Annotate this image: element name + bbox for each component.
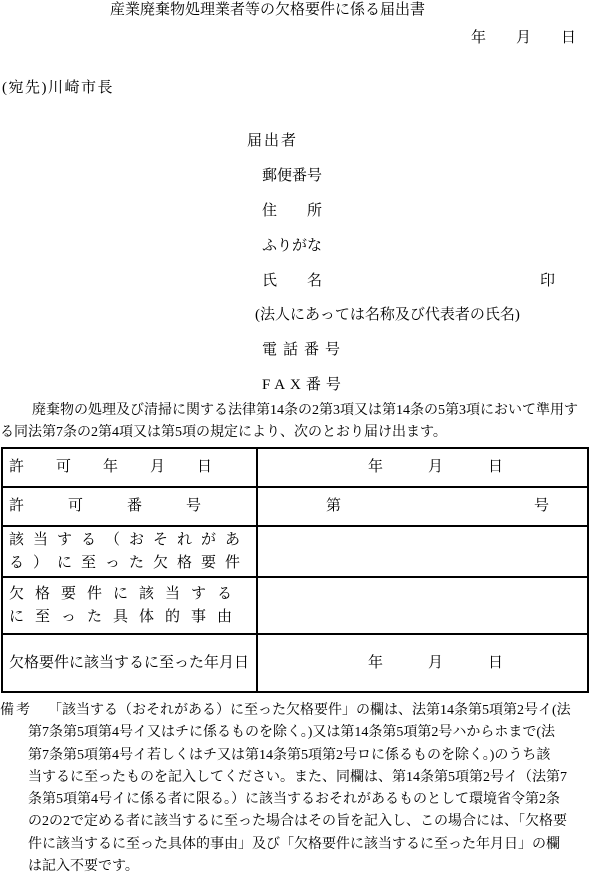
disqualification-date-field[interactable]: 年 月 日	[258, 635, 587, 691]
disqualification-date-label: 欠格要件に該当するに至った年月日	[3, 635, 258, 691]
applicant-heading: 届出者	[247, 133, 298, 150]
postal-code-label: 郵便番号	[262, 168, 322, 185]
specific-reason-field[interactable]	[258, 578, 587, 635]
permit-date-field[interactable]: 年 月 日	[258, 449, 587, 488]
submission-date-blank[interactable]: 年 月 日	[471, 30, 576, 47]
disqualification-item-field[interactable]	[258, 527, 587, 578]
permit-number-prefix: 第	[326, 495, 341, 518]
disqualification-item-label: 該当する（おそれがあ る）に至った欠格要件	[3, 527, 258, 578]
furigana-label: ふりがな	[262, 238, 322, 255]
permit-number-suffix: 号	[534, 495, 549, 518]
remarks-body: 「該当する（おそれがある）に至った欠格要件」の欄は、法第14条第5項第2号イ(法…	[28, 700, 592, 878]
permit-number-field[interactable]: 第 号	[258, 488, 587, 527]
corporate-note: (法人にあっては名称及び代表者の氏名)	[255, 307, 520, 324]
fax-label: FAX番号	[262, 377, 346, 394]
recipient-line: (宛先)川崎市長	[2, 80, 114, 97]
remarks-label: 備考	[0, 700, 32, 722]
page-title: 産業廃棄物処理業者等の欠格要件に係る届出書	[110, 2, 425, 19]
phone-label: 電話番号	[262, 342, 346, 359]
address-label: 住 所	[262, 203, 322, 220]
remarks-section: 備考 「該当する（おそれがある）に至った欠格要件」の欄は、法第14条第5項第2号…	[0, 700, 592, 878]
name-label: 氏 名	[262, 273, 322, 290]
permit-date-label: 許可年月日	[3, 449, 258, 488]
notification-table: 許可年月日 年 月 日 許可番号 第 号 該当する（おそれがあ る）に至った欠格…	[1, 447, 589, 693]
specific-reason-label: 欠格要件に該当する に至った具体的事由	[3, 578, 258, 635]
seal-mark: 印	[540, 273, 555, 290]
notification-form-page: 産業廃棄物処理業者等の欠格要件に係る届出書 年 月 日 (宛先)川崎市長 届出者…	[0, 0, 592, 878]
declaration-paragraph: 廃棄物の処理及び清掃に関する法律第14条の2第3項又は第14条の5第3項において…	[0, 400, 592, 444]
permit-number-label: 許可番号	[3, 488, 258, 527]
